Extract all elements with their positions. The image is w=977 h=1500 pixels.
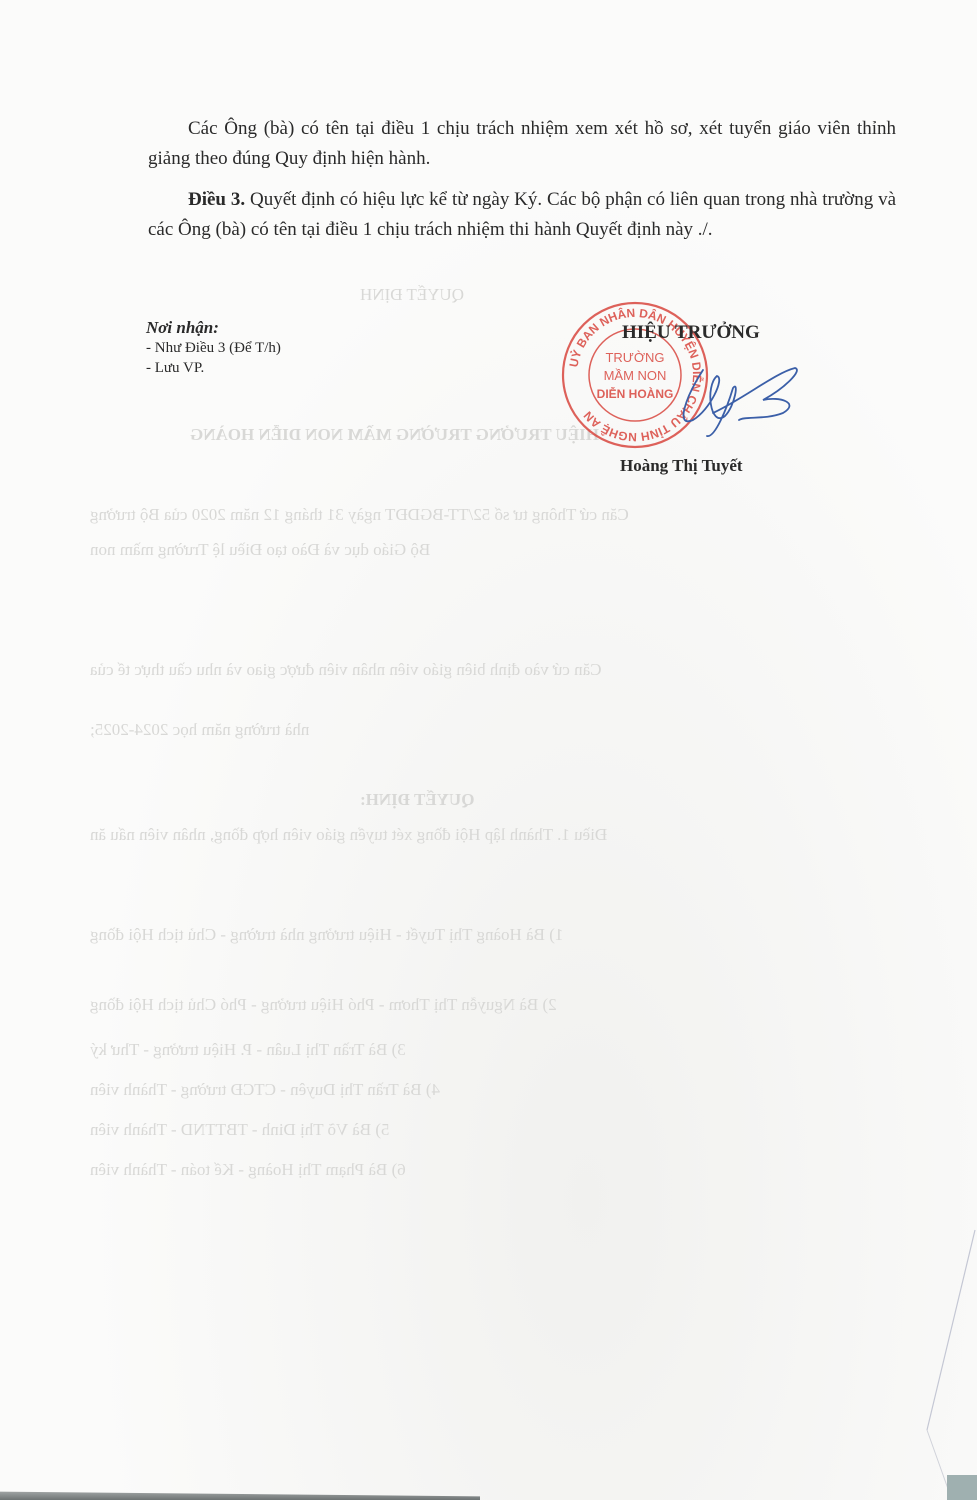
handwritten-signature-icon: [655, 358, 805, 443]
paragraph-responsibility: Các Ông (bà) có tên tại điều 1 chịu trác…: [148, 114, 896, 174]
article-3-label: Điều 3.: [188, 189, 245, 210]
signature-block: UỶ BAN NHÂN DÂN HUYỆN DIỄN CHÂU TỈNH NGH…: [560, 300, 820, 490]
signer-name: Hoàng Thị Tuyết: [620, 456, 743, 476]
decision-body: Các Ông (bà) có tên tại điều 1 chịu trác…: [148, 114, 896, 256]
recipients-title: Nơi nhận:: [146, 318, 281, 338]
recipients-block: Nơi nhận: - Như Điều 3 (Để T/h) - Lưu VP…: [146, 318, 281, 378]
recipient-item: - Như Điều 3 (Để T/h): [146, 338, 281, 358]
paragraph-article-3: Điều 3. Quyết định có hiệu lực kể từ ngà…: [148, 185, 896, 245]
signer-title: HIỆU TRƯỞNG: [622, 322, 760, 344]
recipient-item: - Lưu VP.: [146, 358, 281, 378]
page-corner-fold: [797, 1200, 977, 1500]
